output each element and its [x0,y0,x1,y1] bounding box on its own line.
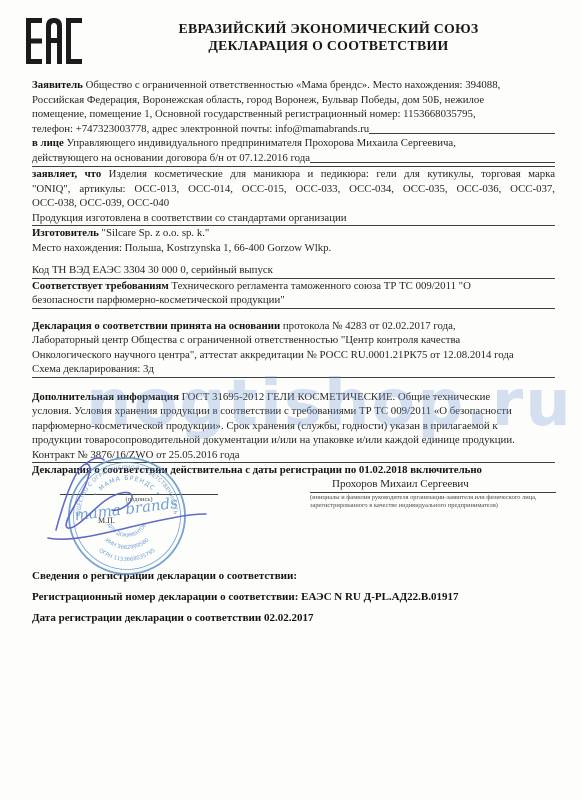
declaration-document: nogtishop.ru ЕВРАЗИЙСКИЙ ЭКОНОМИЧЕСКИЙ С… [0,0,581,800]
scheme-row: Схема декларирования: 3д [32,362,555,378]
document-content: ЕВРАЗИЙСКИЙ ЭКОНОМИЧЕСКИЙ СОЮЗ ДЕКЛАРАЦИ… [32,12,555,629]
basis-line-3: Онкологического научного центра", аттест… [32,348,555,363]
compliance-section: Соответствует требованиям Технического р… [32,279,555,309]
compliance-line-1: Соответствует требованиям Технического р… [32,279,555,294]
applicant-text-2: Российская Федерация, Воронежская област… [32,93,555,108]
compliance-text-1: Технического регламента таможенного союз… [171,280,470,292]
form-rule [369,122,555,135]
manufacturer-section: Изготовитель "Silcare Sp. z o.o. sp. k."… [32,226,555,279]
basis-label: Декларация о соответствии принята на осн… [32,320,280,332]
applicant-section: Заявитель Общество с ограниченной ответс… [32,78,555,167]
eac-mark-icon [26,18,88,66]
applicant-label: Заявитель [32,79,83,91]
title-declaration: ДЕКЛАРАЦИЯ О СООТВЕТСТВИИ [102,37,555,54]
additional-line-1: Дополнительная информация ГОСТ 31695-201… [32,390,555,405]
representative-label: в лице [32,137,64,149]
claims-text-1: Изделия косметические для маникюра и пед… [109,168,555,180]
representative-line: в лице Управляющего индивидуального пред… [32,136,555,151]
signatory-caption-line-2: зарегистрированного в качестве индивидуа… [310,502,556,510]
basis-line-2: Лабораторный центр Общества с ограниченн… [32,333,555,348]
signatory-name: Прохоров Михаил Сергеевич [310,478,556,493]
additional-line-4: продукции товаросопроводительной докумен… [32,433,555,448]
form-rule [310,151,555,164]
additional-label: Дополнительная информация [32,391,179,403]
claims-line-2: "ONIQ", артикулы: ОСС-013, ОСС-014, ОСС-… [32,182,555,197]
document-header: ЕВРАЗИЙСКИЙ ЭКОНОМИЧЕСКИЙ СОЮЗ ДЕКЛАРАЦИ… [32,12,555,70]
handwritten-signature [42,452,217,547]
compliance-label: Соответствует требованиям [32,280,169,292]
title-union: ЕВРАЗИЙСКИЙ ЭКОНОМИЧЕСКИЙ СОЮЗ [102,20,555,37]
document-title: ЕВРАЗИЙСКИЙ ЭКОНОМИЧЕСКИЙ СОЮЗ ДЕКЛАРАЦИ… [32,12,555,54]
claims-standards-row: Продукция изготовлена в соответствии со … [32,211,555,227]
signatory-block: Прохоров Михаил Сергеевич (инициалы и фа… [310,478,556,510]
additional-text-1: ГОСТ 31695-2012 ГЕЛИ КОСМЕТИЧЕСКИЕ. Общи… [182,391,491,403]
basis-section: Декларация о соответствии принята на осн… [32,319,555,378]
claims-line-3: ОСС-038, ОСС-039, ОСС-040 [32,196,555,211]
signatory-caption: (инициалы и фамилия руководителя организ… [310,493,556,510]
representative-basis-text: действующего на основании договора б/н о… [32,151,310,166]
claims-section: заявляет, что Изделия косметические для … [32,167,555,226]
registration-number-line: Регистрационный номер декларации о соотв… [32,587,555,608]
registration-date-line: Дата регистрации декларации о соответств… [32,608,555,629]
representative-text: Управляющего индивидуального предпринима… [67,137,456,149]
representative-basis-row: действующего на основании договора б/н о… [32,151,555,166]
manufacturer-line: Изготовитель "Silcare Sp. z o.o. sp. k." [32,226,555,241]
manufacturer-label: Изготовитель [32,227,99,239]
basis-line-1: Декларация о соответствии принята на осн… [32,319,555,334]
compliance-line-2: безопасности парфюмерно-косметической пр… [32,293,555,309]
applicant-text-3: помещение, помещение 1, Основной государ… [32,107,555,122]
applicant-line: Заявитель Общество с ограниченной ответс… [32,78,555,93]
signature-area: ОБЩЕСТВО С ОГРАНИЧЕННОЙ ОТВЕТСТВЕННОСТЬЮ… [32,478,555,562]
basis-text-1: протокола № 4283 от 02.02.2017 года, [283,320,456,332]
claims-label: заявляет, что [32,168,101,180]
manufacturer-name: "Silcare Sp. z o.o. sp. k." [102,227,210,239]
applicant-text-4: телефон: +747323003778, адрес электронно… [32,122,369,137]
additional-line-3: парфюмерно-косметической продукции». Сро… [32,419,555,434]
tnved-code-row: Код ТН ВЭД ЕАЭС 3304 30 000 0, серийный … [32,263,555,279]
signatory-caption-line-1: (инициалы и фамилия руководителя организ… [310,494,556,502]
applicant-contact-row: телефон: +747323003778, адрес электронно… [32,122,555,137]
claims-line-1: заявляет, что Изделия косметические для … [32,167,555,182]
applicant-text-1: Общество с ограниченной ответственностью… [86,79,501,91]
additional-line-2: условия. Условия хранения продукции в со… [32,404,555,419]
manufacturer-address: Место нахождения: Польша, Kostrzynska 1,… [32,241,555,256]
